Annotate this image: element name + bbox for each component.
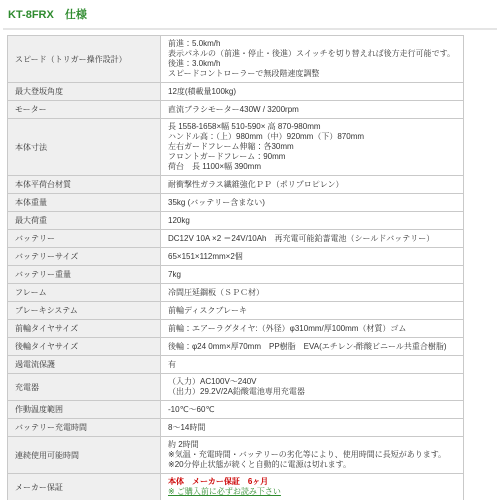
table-row: バッテリーDC12V 10A ×2 ＝24V/10Ah 再充電可能鉛蓄電池（シー…: [8, 230, 464, 248]
spec-value-line: 耐衝撃性ガラス繊維強化ＰＰ（ポリプロピレン）: [168, 180, 456, 190]
table-row: 連続使用可能時間約 2時間※気温・充電時間・バッテリーの劣化等により、使用時間に…: [8, 437, 464, 474]
table-row: 作動温度範囲-10℃～60℃: [8, 401, 464, 419]
spec-label: ブレーキシステム: [8, 302, 161, 320]
spec-value-line: 8～14時間: [168, 423, 456, 433]
spec-value-line: 約 2時間: [168, 440, 456, 450]
spec-label: 後輪タイヤサイズ: [8, 338, 161, 356]
spec-value-line: 12度(積載量100kg): [168, 87, 456, 97]
spec-value: 有: [161, 356, 464, 374]
spec-label: 作動温度範囲: [8, 401, 161, 419]
spec-label: モーター: [8, 101, 161, 119]
spec-value: （入力）AC100V～240V（出力）29.2V/2A鉛酸電池専用充電器: [161, 374, 464, 401]
table-row: ブレーキシステム前輪ディスクブレーキ: [8, 302, 464, 320]
table-row: 充電器（入力）AC100V～240V（出力）29.2V/2A鉛酸電池専用充電器: [8, 374, 464, 401]
spec-value-line: DC12V 10A ×2 ＝24V/10Ah 再充電可能鉛蓄電池（シールドバッテ…: [168, 234, 456, 244]
title-divider: [3, 28, 497, 30]
spec-value-line: （出力）29.2V/2A鉛酸電池専用充電器: [168, 387, 456, 397]
spec-value: 後輪：φ24 0mm×厚70mm PP樹脂 EVA(エチレン-酢酸ビニール共重合…: [161, 338, 464, 356]
table-row: バッテリー重量7kg: [8, 266, 464, 284]
spec-label: 連続使用可能時間: [8, 437, 161, 474]
spec-table-body: スピード（トリガー操作設計）前進：5.0km/h表示パネルの（前進・停止・後進）…: [8, 36, 464, 500]
spec-label: 本体重量: [8, 194, 161, 212]
spec-label: 最大登坂角度: [8, 83, 161, 101]
spec-value: 7kg: [161, 266, 464, 284]
spec-value-line: 前輪：エアーラグタイヤ:（外径）φ310mm/厚100mm（材質）ゴム: [168, 324, 456, 334]
page-title: KT-8FRX 仕様: [0, 0, 500, 22]
spec-value-line: 前進：5.0km/h: [168, 39, 456, 49]
spec-value-line: ※気温・充電時間・バッテリーの劣化等により、使用時間に長短があります。: [168, 450, 456, 460]
table-row: スピード（トリガー操作設計）前進：5.0km/h表示パネルの（前進・停止・後進）…: [8, 36, 464, 83]
spec-label: バッテリー重量: [8, 266, 161, 284]
spec-label: 本体寸法: [8, 119, 161, 176]
spec-value-line: （入力）AC100V～240V: [168, 377, 456, 387]
spec-value: 約 2時間※気温・充電時間・バッテリーの劣化等により、使用時間に長短があります。…: [161, 437, 464, 474]
spec-value: 12度(積載量100kg): [161, 83, 464, 101]
spec-label: バッテリーサイズ: [8, 248, 161, 266]
spec-value: 本体 メーカー保証 6ヶ月※ ご購入前に必ずお読み下さい: [161, 474, 464, 500]
spec-value-line: 後進：3.0km/h: [168, 59, 456, 69]
spec-value: 耐衝撃性ガラス繊維強化ＰＰ（ポリプロピレン）: [161, 176, 464, 194]
table-row: モーター直流ブラシモーター430W / 3200rpm: [8, 101, 464, 119]
spec-table: スピード（トリガー操作設計）前進：5.0km/h表示パネルの（前進・停止・後進）…: [7, 35, 464, 500]
spec-value-line: ※20分停止状態が続くと自動的に電源は切れます。: [168, 460, 456, 470]
spec-label: フレーム: [8, 284, 161, 302]
spec-value: 前進：5.0km/h表示パネルの（前進・停止・後進）スイッチを切り替えれば後方走…: [161, 36, 464, 83]
spec-value: 直流ブラシモーター430W / 3200rpm: [161, 101, 464, 119]
spec-label: メーカー保証: [8, 474, 161, 500]
table-row: バッテリー充電時間8～14時間: [8, 419, 464, 437]
spec-value-line: 直流ブラシモーター430W / 3200rpm: [168, 105, 456, 115]
spec-label: バッテリー: [8, 230, 161, 248]
warranty-text: 本体 メーカー保証 6ヶ月: [168, 477, 456, 487]
purchase-note-link[interactable]: ※ ご購入前に必ずお読み下さい: [168, 487, 456, 497]
spec-value: 65×151×112mm×2個: [161, 248, 464, 266]
spec-label: 最大荷重: [8, 212, 161, 230]
spec-value-line: 左右ガードフレーム伸縮：各30mm: [168, 142, 456, 152]
spec-value-line: 冷間圧延鋼板（ＳＰＣ材）: [168, 288, 456, 298]
table-row: 過電流保護有: [8, 356, 464, 374]
spec-value: -10℃～60℃: [161, 401, 464, 419]
spec-page: KT-8FRX 仕様 スピード（トリガー操作設計）前進：5.0km/h表示パネル…: [0, 0, 500, 500]
spec-value: DC12V 10A ×2 ＝24V/10Ah 再充電可能鉛蓄電池（シールドバッテ…: [161, 230, 464, 248]
spec-value: 前輪ディスクブレーキ: [161, 302, 464, 320]
spec-label: バッテリー充電時間: [8, 419, 161, 437]
spec-value-line: 有: [168, 360, 456, 370]
spec-value: 120kg: [161, 212, 464, 230]
table-row: 最大荷重120kg: [8, 212, 464, 230]
spec-value-line: 前輪ディスクブレーキ: [168, 306, 456, 316]
spec-value-line: 荷台 長 1100×幅 390mm: [168, 162, 456, 172]
spec-value: 冷間圧延鋼板（ＳＰＣ材）: [161, 284, 464, 302]
table-row: メーカー保証本体 メーカー保証 6ヶ月※ ご購入前に必ずお読み下さい: [8, 474, 464, 500]
spec-label: 前輪タイヤサイズ: [8, 320, 161, 338]
spec-label: スピード（トリガー操作設計）: [8, 36, 161, 83]
spec-value: 35kg (バッテリー含まない): [161, 194, 464, 212]
spec-value-line: 65×151×112mm×2個: [168, 252, 456, 262]
spec-label: 充電器: [8, 374, 161, 401]
spec-value-line: スピードコントローラーで無段階速度調整: [168, 69, 456, 79]
table-row: 本体平荷台材質耐衝撃性ガラス繊維強化ＰＰ（ポリプロピレン）: [8, 176, 464, 194]
spec-value: 8～14時間: [161, 419, 464, 437]
spec-value: 前輪：エアーラグタイヤ:（外径）φ310mm/厚100mm（材質）ゴム: [161, 320, 464, 338]
spec-label: 過電流保護: [8, 356, 161, 374]
spec-value-line: 120kg: [168, 216, 456, 226]
spec-value-line: 7kg: [168, 270, 456, 280]
spec-label: 本体平荷台材質: [8, 176, 161, 194]
table-row: 本体寸法長 1558-1658×幅 510-590× 高 870-980mmハン…: [8, 119, 464, 176]
spec-value-line: -10℃～60℃: [168, 405, 456, 415]
spec-value: 長 1558-1658×幅 510-590× 高 870-980mmハンドル高：…: [161, 119, 464, 176]
spec-value-line: 表示パネルの（前進・停止・後進）スイッチを切り替えれば後方走行可能です。: [168, 49, 456, 59]
spec-value-line: 長 1558-1658×幅 510-590× 高 870-980mm: [168, 122, 456, 132]
table-row: 前輪タイヤサイズ前輪：エアーラグタイヤ:（外径）φ310mm/厚100mm（材質…: [8, 320, 464, 338]
table-row: 本体重量35kg (バッテリー含まない): [8, 194, 464, 212]
spec-value-line: 35kg (バッテリー含まない): [168, 198, 456, 208]
spec-value-line: フロントガードフレーム：90mm: [168, 152, 456, 162]
table-row: フレーム冷間圧延鋼板（ＳＰＣ材）: [8, 284, 464, 302]
table-row: 後輪タイヤサイズ後輪：φ24 0mm×厚70mm PP樹脂 EVA(エチレン-酢…: [8, 338, 464, 356]
spec-value-line: ハンドル高：（上）980mm（中）920mm（下）870mm: [168, 132, 456, 142]
table-row: バッテリーサイズ65×151×112mm×2個: [8, 248, 464, 266]
table-row: 最大登坂角度12度(積載量100kg): [8, 83, 464, 101]
spec-value-line: 後輪：φ24 0mm×厚70mm PP樹脂 EVA(エチレン-酢酸ビニール共重合…: [168, 342, 456, 352]
